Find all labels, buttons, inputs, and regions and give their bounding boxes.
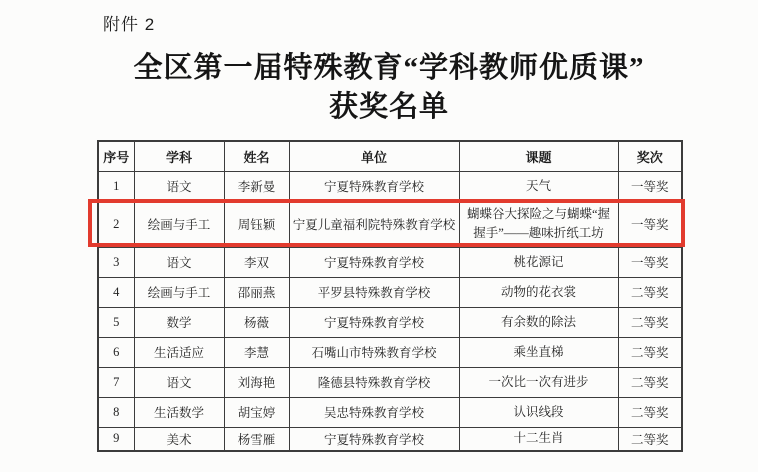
- cell-topic: 十二生肖: [459, 427, 618, 451]
- cell-topic: 一次比一次有进步: [459, 367, 618, 397]
- cell-topic: 天气: [459, 171, 618, 201]
- cell-award: 二等奖: [618, 277, 682, 307]
- cell-unit: 宁夏特殊教育学校: [289, 427, 459, 451]
- cell-name: 杨薇: [224, 307, 289, 337]
- cell-index: 3: [98, 247, 134, 277]
- cell-subject: 生活适应: [134, 337, 224, 367]
- cell-unit: 宁夏特殊教育学校: [289, 247, 459, 277]
- header-index: 序号: [98, 141, 134, 171]
- document-page: 附件 2 全区第一届特殊教育“学科教师优质课” 获奖名单 序号 学科 姓名 单位…: [0, 0, 758, 472]
- cell-index: 7: [98, 367, 134, 397]
- table-row: 1 语文 李新曼 宁夏特殊教育学校 天气 一等奖: [98, 171, 682, 201]
- header-unit: 单位: [289, 141, 459, 171]
- header-name: 姓名: [224, 141, 289, 171]
- header-topic: 课题: [459, 141, 618, 171]
- table-row: 7 语文 刘海艳 隆德县特殊教育学校 一次比一次有进步 二等奖: [98, 367, 682, 397]
- cell-index: 8: [98, 397, 134, 427]
- table-row: 3 语文 李双 宁夏特殊教育学校 桃花源记 一等奖: [98, 247, 682, 277]
- cell-topic: 有余数的除法: [459, 307, 618, 337]
- cell-award: 一等奖: [618, 171, 682, 201]
- header-subject: 学科: [134, 141, 224, 171]
- cell-subject: 生活数学: [134, 397, 224, 427]
- cell-subject: 语文: [134, 367, 224, 397]
- cell-topic: 动物的花衣裳: [459, 277, 618, 307]
- cell-subject: 语文: [134, 171, 224, 201]
- cell-award: 二等奖: [618, 397, 682, 427]
- cell-name: 李新曼: [224, 171, 289, 201]
- cell-subject: 美术: [134, 427, 224, 451]
- cell-name: 杨雪雁: [224, 427, 289, 451]
- cell-subject: 数学: [134, 307, 224, 337]
- cell-subject: 语文: [134, 247, 224, 277]
- cell-name: 李双: [224, 247, 289, 277]
- table-row-highlighted: 2 绘画与手工 周钰颖 宁夏儿童福利院特殊教育学校 蝴蝶谷大探险之与蝴蝶“握握手…: [98, 201, 682, 247]
- cell-unit: 宁夏儿童福利院特殊教育学校: [289, 201, 459, 247]
- title-line-2: 获奖名单: [20, 88, 758, 127]
- cell-index: 6: [98, 337, 134, 367]
- cell-index: 9: [98, 427, 134, 451]
- cell-award: 一等奖: [618, 247, 682, 277]
- cell-award: 二等奖: [618, 337, 682, 367]
- table-row: 4 绘画与手工 邵丽燕 平罗县特殊教育学校 动物的花衣裳 二等奖: [98, 277, 682, 307]
- cell-award: 一等奖: [618, 201, 682, 247]
- cell-name: 邵丽燕: [224, 277, 289, 307]
- cell-index: 1: [98, 171, 134, 201]
- cell-index: 4: [98, 277, 134, 307]
- cell-name: 胡宝婷: [224, 397, 289, 427]
- cell-name: 李慧: [224, 337, 289, 367]
- table-row: 8 生活数学 胡宝婷 吴忠特殊教育学校 认识线段 二等奖: [98, 397, 682, 427]
- cell-index: 2: [98, 201, 134, 247]
- awards-table: 序号 学科 姓名 单位 课题 奖次 1 语文 李新曼 宁夏特殊教育学校 天气 一…: [97, 140, 683, 452]
- cell-name: 刘海艳: [224, 367, 289, 397]
- cell-subject: 绘画与手工: [134, 277, 224, 307]
- cell-subject: 绘画与手工: [134, 201, 224, 247]
- cell-unit: 宁夏特殊教育学校: [289, 307, 459, 337]
- table-row: 5 数学 杨薇 宁夏特殊教育学校 有余数的除法 二等奖: [98, 307, 682, 337]
- cell-award: 二等奖: [618, 367, 682, 397]
- cell-topic: 认识线段: [459, 397, 618, 427]
- cell-unit: 宁夏特殊教育学校: [289, 171, 459, 201]
- cell-unit: 吴忠特殊教育学校: [289, 397, 459, 427]
- attachment-label: 附件 2: [103, 10, 155, 35]
- cell-index: 5: [98, 307, 134, 337]
- cell-name: 周钰颖: [224, 201, 289, 247]
- cell-unit: 隆德县特殊教育学校: [289, 367, 459, 397]
- header-row: 序号 学科 姓名 单位 课题 奖次: [98, 141, 682, 171]
- title-line-1: 全区第一届特殊教育“学科教师优质课”: [20, 49, 758, 88]
- header-award: 奖次: [618, 141, 682, 171]
- cell-topic: 桃花源记: [459, 247, 618, 277]
- cell-topic: 蝴蝶谷大探险之与蝴蝶“握握手”——趣味折纸工坊: [459, 201, 618, 247]
- cell-unit: 石嘴山市特殊教育学校: [289, 337, 459, 367]
- cell-award: 二等奖: [618, 307, 682, 337]
- table-row: 6 生活适应 李慧 石嘴山市特殊教育学校 乘坐直梯 二等奖: [98, 337, 682, 367]
- cell-unit: 平罗县特殊教育学校: [289, 277, 459, 307]
- table-row: 9 美术 杨雪雁 宁夏特殊教育学校 十二生肖 二等奖: [98, 427, 682, 451]
- page-title: 全区第一届特殊教育“学科教师优质课” 获奖名单: [20, 49, 758, 127]
- cell-topic: 乘坐直梯: [459, 337, 618, 367]
- cell-award: 二等奖: [618, 427, 682, 451]
